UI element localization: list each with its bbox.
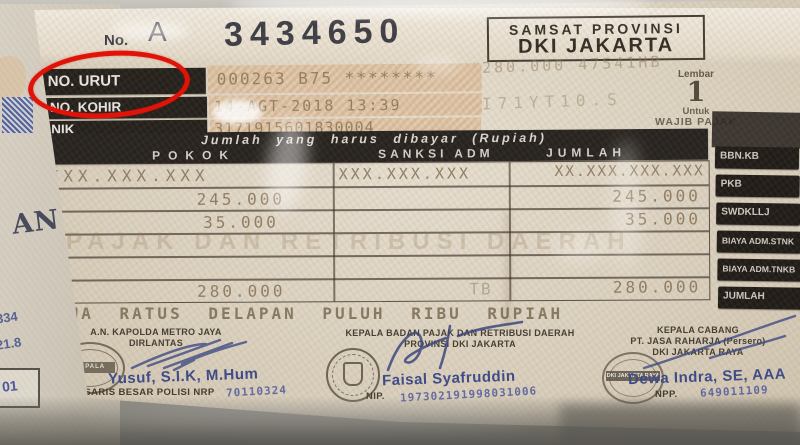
row-label-swdkllj: SWDKLLJ bbox=[716, 202, 800, 225]
table-header: Jumlah yang harus dibayar (Rupiah) POKOK… bbox=[40, 129, 708, 165]
total-jumlah: 280.000 bbox=[511, 277, 701, 297]
signer3-id-label: NPP. bbox=[655, 389, 678, 400]
bbnkb-sanksi: XXX.XXX.XXX bbox=[339, 164, 471, 183]
column-header-sanksi: SANKSI ADM bbox=[378, 146, 494, 161]
row-label-column: BBN.KB PKB SWDKLLJ BIAYA ADM.STNK BIAYA … bbox=[713, 146, 800, 315]
no-kohir-value: 14-AGT-2018 13:39 bbox=[214, 96, 402, 116]
handwritten-number-1: 334 bbox=[0, 309, 19, 327]
handwritten-number-3: 01 bbox=[1, 377, 18, 395]
row-label-biaya-adm-stnk: BIAYA ADM.STNK bbox=[717, 230, 800, 253]
paper-crease bbox=[505, 212, 511, 327]
blue-hatch-pattern bbox=[2, 97, 33, 133]
photo-of-tax-receipt: AN 334 21.8 01 No. A 3434650 SAMSAT PROV… bbox=[0, 0, 800, 445]
paper-stain bbox=[0, 56, 26, 100]
total-pokok: 280.000 bbox=[161, 281, 321, 301]
row-label-bbnkb: BBN.KB bbox=[715, 146, 799, 169]
underlying-doc-letters: AN bbox=[10, 204, 61, 241]
underlying-doc-box: 01 bbox=[0, 368, 40, 408]
bbnkb-pokok: XXX.XXX.XXX bbox=[49, 166, 210, 186]
signer2-id-label: NIP. bbox=[366, 391, 385, 402]
row-label-biaya-adm-tnkb: BIAYA ADM.TNKB bbox=[717, 258, 800, 281]
column-header-jumlah: JUMLAH bbox=[546, 145, 626, 160]
column-header-pokok: POKOK bbox=[152, 148, 236, 163]
row-label-pkb: PKB bbox=[715, 174, 799, 197]
row-label-jumlah: JUMLAH bbox=[718, 286, 800, 309]
total-sanksi-print: TB bbox=[469, 279, 492, 298]
pkb-jumlah: 245.000 bbox=[511, 186, 701, 206]
bbnkb-jumlah: XX.XXX.XXX.XXX bbox=[513, 163, 705, 180]
handwritten-number-2: 21.8 bbox=[0, 334, 22, 352]
paper-watermark-text: PAJAK DAN RETRIBUSI DAERAH bbox=[66, 228, 726, 256]
pkb-pokok: 245.000 bbox=[161, 189, 321, 209]
dark-print-block bbox=[712, 111, 800, 149]
swdkllj-jumlah: 35.000 bbox=[511, 209, 701, 229]
signature-scribble-3 bbox=[640, 312, 800, 372]
no-urut-value: 000263 B75 ******** bbox=[217, 68, 438, 89]
stamp-emblem bbox=[343, 362, 363, 386]
